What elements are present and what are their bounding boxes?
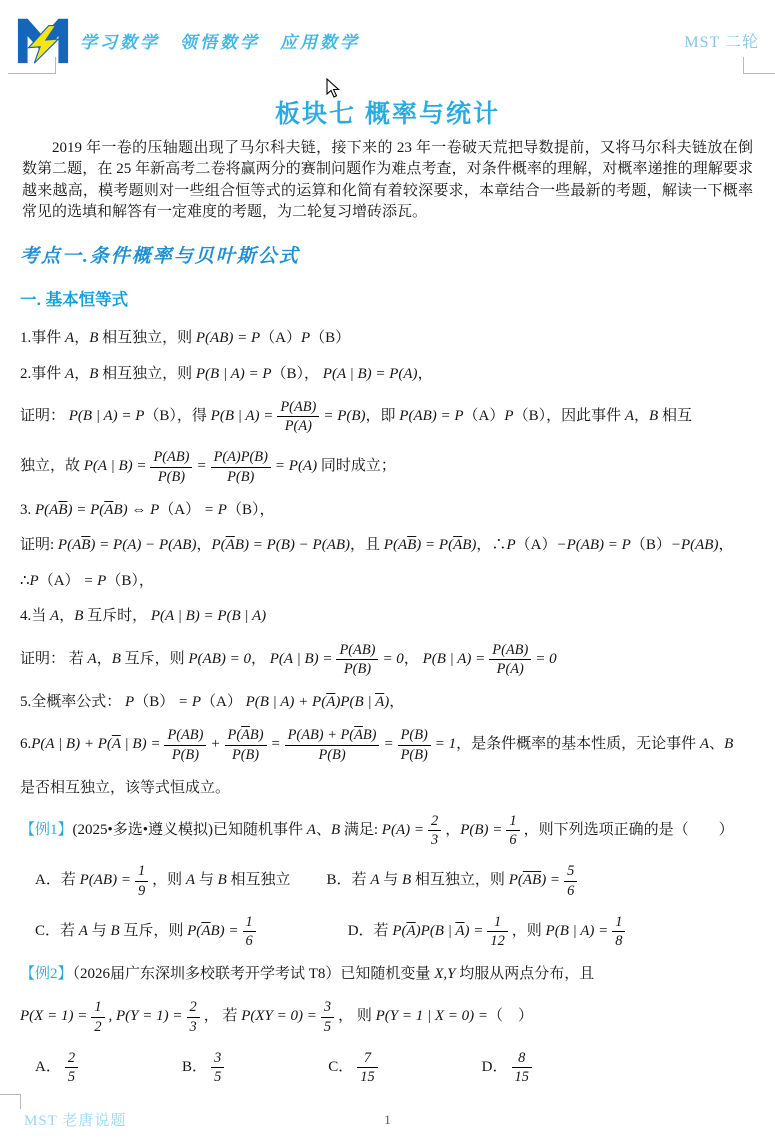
- math-overline: A: [326, 694, 335, 710]
- item-6-cont: 是否相互独立，该等式恒成立。: [20, 777, 755, 800]
- math-run: 15: [515, 1069, 529, 1085]
- math-run: P(B): [158, 469, 185, 485]
- fraction: P(AB)P(B): [164, 727, 206, 762]
- math-run: P(: [509, 873, 523, 889]
- math-run: B): [113, 502, 127, 518]
- math-overline: A: [453, 537, 462, 553]
- math-run: ) = P(: [68, 502, 105, 518]
- math-run: A: [65, 366, 74, 382]
- math-overline: AB: [523, 873, 541, 889]
- item-1: 1.事件 A，B 相互独立，则 P(AB) = P（A）P（B）: [20, 327, 755, 350]
- fraction: 23: [428, 813, 441, 848]
- math-run: = P: [83, 573, 106, 589]
- math-run: 6: [567, 883, 574, 899]
- proof-3a: 证明: P(AB) = P(A) − P(AB)，P(AB) = P(B) − …: [20, 534, 755, 557]
- math-run: P(A)P(B): [214, 449, 268, 465]
- math-run: P(AB): [153, 449, 189, 465]
- fraction: 12: [91, 999, 104, 1034]
- mouse-cursor-icon: [326, 78, 340, 98]
- math-run: 3: [324, 999, 331, 1015]
- example-marker: 【例2】: [20, 966, 73, 982]
- math-run: P(: [228, 727, 242, 743]
- math-run: P(B): [401, 747, 428, 763]
- option-spacer: [260, 934, 348, 935]
- document-lines: 1.事件 A，B 相互独立，则 P(AB) = P（A）P（B）2.事件 A，B…: [0, 310, 775, 1086]
- proof-4: 证明： 若 A，B 互斥，则 P(AB) = 0， P(A | B) =P(AB…: [20, 641, 755, 678]
- math-run: 5: [567, 863, 574, 879]
- math-run: 7: [364, 1050, 371, 1066]
- header-slogan: 学习数学 领悟数学 应用数学: [80, 28, 360, 53]
- fraction: P(A)P(B)P(B): [211, 449, 271, 484]
- section-heading: 考点一.条件概率与贝叶斯公式: [20, 241, 775, 268]
- math-run: X,Y: [434, 966, 455, 982]
- math-run: P(B) =: [460, 822, 502, 838]
- math-run: P: [506, 537, 515, 553]
- math-run: P: [504, 408, 513, 424]
- page-title: 板块七 概率与统计: [0, 94, 775, 130]
- document-page: 学习数学 领悟数学 应用数学 MST 二轮 板块七 概率与统计 2019 年一卷…: [0, 0, 775, 1138]
- math-run: 1: [246, 914, 253, 930]
- math-run: B: [110, 923, 119, 939]
- math-run: −P(AB): [671, 537, 719, 553]
- example-2-math: P(X = 1) =12, P(Y = 1) =23， 若 P(XY = 0) …: [20, 998, 755, 1035]
- math-run: 1: [138, 863, 145, 879]
- math-run: P(AB): [339, 642, 375, 658]
- option-spacer: [82, 1070, 182, 1071]
- math-run: 1: [509, 813, 516, 829]
- fraction: 815: [512, 1050, 532, 1085]
- fraction: 18: [612, 914, 625, 949]
- math-run: 2: [431, 813, 438, 829]
- math-run: 2: [94, 1019, 101, 1035]
- math-run: , P(Y = 1) =: [109, 1009, 183, 1025]
- math-run: 6: [509, 832, 516, 848]
- math-run: 12: [490, 933, 504, 949]
- math-run: +: [210, 737, 220, 753]
- math-run: P: [125, 694, 134, 710]
- math-run: B: [89, 366, 98, 382]
- margin-crop-mark-top-left: [8, 57, 56, 74]
- example-2: 【例2】（2026届广东深圳多校联考开学考试 T8）已知随机变量 X,Y 均服从…: [20, 963, 755, 986]
- math-run: 2: [68, 1050, 75, 1066]
- math-run: )P(B |: [335, 694, 375, 710]
- math-run: P(B): [172, 747, 199, 763]
- math-run: 3: [431, 832, 438, 848]
- fraction: 35: [321, 999, 334, 1034]
- math-run: 1: [494, 914, 501, 930]
- math-run: P: [301, 330, 310, 346]
- math-run: B: [74, 608, 83, 624]
- math-run: P(B | A) + P(: [246, 694, 327, 710]
- fraction: 19: [135, 863, 148, 898]
- math-run: P(A | B) = P(B | A): [151, 608, 266, 624]
- math-run: )P(B |: [416, 923, 456, 939]
- margin-crop-mark-top-right: [743, 57, 775, 74]
- math-run: ) =: [541, 873, 560, 889]
- fraction: P(AB)P(B): [336, 642, 378, 677]
- math-run: P(A): [285, 418, 312, 434]
- math-overline: A: [455, 923, 464, 939]
- math-run: 15: [360, 1069, 374, 1085]
- math-run: 2: [190, 999, 197, 1015]
- math-run: B): [462, 537, 476, 553]
- option-spacer: [291, 884, 327, 885]
- math-run: B: [89, 330, 98, 346]
- math-run: 1: [94, 999, 101, 1015]
- math-run: P(: [187, 923, 201, 939]
- example-1-options-ab: A．若 P(AB) =19，则 A 与 B 相互独立B．若 A 与 B 相互独立…: [20, 862, 755, 899]
- item-4: 4.当 A，B 互斥时， P(A | B) = P(B | A): [20, 605, 755, 628]
- math-run: 8: [518, 1050, 525, 1066]
- fraction: P(AB)P(B): [150, 449, 192, 484]
- math-overline: A: [406, 923, 415, 939]
- example-1-options-cd: C．若 A 与 B 互斥，则 P(AB) =16D．若 P(A)P(B | A)…: [20, 913, 755, 950]
- math-run: P(B): [401, 727, 428, 743]
- math-run: P(Y = 1 | X = 0) =: [376, 1009, 488, 1025]
- math-run: = 1: [435, 737, 456, 753]
- example-2-options: A．25B．35C．715D．815: [20, 1049, 755, 1086]
- math-run: P(A: [58, 537, 81, 553]
- math-run: B) = P(B) − P(AB): [235, 537, 350, 553]
- fraction: 16: [243, 914, 256, 949]
- math-run: 3: [190, 1019, 197, 1035]
- math-run: ): [384, 694, 389, 710]
- fraction: 35: [211, 1050, 224, 1085]
- math-overline: A: [241, 727, 250, 743]
- math-run: 8: [615, 933, 622, 949]
- math-overline: A: [112, 737, 121, 753]
- fraction: P(B)P(B): [398, 727, 431, 762]
- math-run: P(: [211, 537, 225, 553]
- math-run: P(AB): [280, 399, 316, 415]
- proof-2b: 独立，故 P(A | B) =P(AB)P(B)=P(A)P(B)P(B)= P…: [20, 448, 755, 485]
- math-run: = P(B): [323, 408, 365, 424]
- math-run: P(A | B) =: [270, 651, 333, 667]
- math-run: ) = P(A) − P(AB): [90, 537, 196, 553]
- math-run: P(B): [232, 747, 259, 763]
- math-run: = 0: [535, 651, 556, 667]
- math-run: P(B | A) = P: [69, 408, 145, 424]
- math-overline: A: [375, 694, 384, 710]
- math-run: P(A | B) + P(: [31, 737, 112, 753]
- proof-3b: ∴P（A） = P（B），: [20, 570, 755, 593]
- item-5: 5.全概率公式： P（B） = P（A） P(B | A) + P(A)P(B …: [20, 691, 755, 714]
- fraction: 56: [564, 863, 577, 898]
- math-run: P(B | A) =: [546, 923, 609, 939]
- math-run: P(B): [227, 469, 254, 485]
- math-run: B: [402, 873, 411, 889]
- math-run: A: [700, 737, 709, 753]
- math-run: P(A: [384, 537, 407, 553]
- math-run: P: [150, 502, 159, 518]
- fraction: P(AB)P(A): [489, 642, 531, 677]
- math-run: P(B | A) =: [211, 408, 274, 424]
- math-run: B: [112, 651, 121, 667]
- math-run: 3: [214, 1050, 221, 1066]
- math-run: P(B): [318, 747, 345, 763]
- page-header: 学习数学 领悟数学 应用数学 MST 二轮: [0, 0, 775, 70]
- math-run: P(AB): [492, 642, 528, 658]
- math-run: = 0: [382, 651, 403, 667]
- page-number: 1: [0, 1112, 775, 1128]
- fraction: 112: [487, 914, 507, 949]
- math-run: 5: [324, 1019, 331, 1035]
- option-spacer: [382, 1070, 482, 1071]
- math-overline: B: [58, 502, 67, 518]
- item-6: 6.P(A | B) + P(A | B) =P(AB)P(B)+P(AB)P(…: [20, 726, 755, 763]
- math-run: B: [724, 737, 733, 753]
- math-run: =: [271, 737, 281, 753]
- math-run: =: [383, 737, 393, 753]
- fraction: P(AB) + P(AB)P(B): [285, 727, 380, 762]
- math-overline: A: [354, 727, 363, 743]
- math-run: A: [88, 651, 97, 667]
- math-run: = P: [178, 694, 201, 710]
- fraction: P(AB)P(A): [277, 399, 319, 434]
- math-run: ) = P(: [416, 537, 453, 553]
- math-run: P(X = 1) =: [20, 1009, 87, 1025]
- math-run: P: [30, 573, 39, 589]
- intro-paragraph: 2019 年一卷的压轴题出现了马尔科夫链，接下来的 23 年一卷破天荒把导数提前…: [22, 138, 753, 223]
- math-run: A: [370, 873, 379, 889]
- fraction: 25: [65, 1050, 78, 1085]
- proof-2a: 证明： P(B | A) = P（B），得 P(B | A) =P(AB)P(A…: [20, 398, 755, 435]
- margin-crop-mark-bottom-left: [0, 1094, 21, 1109]
- math-overline: A: [226, 537, 235, 553]
- math-run: B): [363, 727, 377, 743]
- math-run: P(A: [35, 502, 58, 518]
- math-run: P(XY = 0) =: [241, 1009, 317, 1025]
- math-run: P(B | A) = P: [196, 366, 272, 382]
- header-edition: MST 二轮: [684, 29, 759, 52]
- math-run: = P(A): [275, 459, 317, 475]
- fraction: 16: [506, 813, 519, 848]
- example-1: 【例1】(2025•多选•遵义模拟)已知随机事件 A、B 满足: P(A) =2…: [20, 812, 755, 849]
- fraction: 23: [187, 999, 200, 1034]
- example-marker: 【例1】: [20, 822, 73, 838]
- math-run: 5: [68, 1069, 75, 1085]
- math-run: P(AB) + P(: [288, 727, 354, 743]
- math-run: P(AB) = 0: [188, 651, 251, 667]
- math-run: =: [196, 459, 206, 475]
- math-run: P(B | A) =: [423, 651, 486, 667]
- item-3: 3. P(AB) = P(AB) ⇔ P（A） = P（B），: [20, 499, 755, 522]
- math-run: 9: [138, 883, 145, 899]
- fraction: P(AB)P(B): [225, 727, 267, 762]
- math-run: A: [65, 330, 74, 346]
- math-run: P(A | B) = P(A): [323, 366, 418, 382]
- math-run: P(AB) = P: [399, 408, 463, 424]
- math-run: 5: [214, 1069, 221, 1085]
- option-spacer: [228, 1070, 328, 1071]
- math-run: A: [50, 608, 59, 624]
- math-run: A: [307, 822, 316, 838]
- math-run: B: [649, 408, 658, 424]
- item-2: 2.事件 A，B 相互独立，则 P(B | A) = P（B）， P(A | B…: [20, 363, 755, 386]
- math-run: P(A) =: [382, 822, 424, 838]
- math-run: A: [79, 923, 88, 939]
- math-run: P(AB): [167, 727, 203, 743]
- math-run: B): [250, 727, 264, 743]
- math-run: A: [186, 873, 195, 889]
- math-run: P(A | B) =: [84, 459, 147, 475]
- math-run: P(AB) =: [80, 873, 131, 889]
- math-run: | B) =: [121, 737, 161, 753]
- fraction: 715: [357, 1050, 377, 1085]
- math-run: B) =: [210, 923, 238, 939]
- math-run: P(B): [344, 661, 371, 677]
- math-run: −P(AB) = P: [556, 537, 630, 553]
- math-run: P(: [392, 923, 406, 939]
- math-run: = P: [204, 502, 227, 518]
- math-run: 1: [615, 914, 622, 930]
- subsection-heading: 一. 基本恒等式: [20, 286, 775, 310]
- math-run: P(A): [497, 661, 524, 677]
- math-run: B: [331, 822, 340, 838]
- math-run: P(AB) = P: [196, 330, 260, 346]
- math-run: A: [625, 408, 634, 424]
- math-run: ) =: [465, 923, 484, 939]
- math-run: 6: [246, 933, 253, 949]
- math-overline: B: [407, 537, 416, 553]
- math-run: B: [218, 873, 227, 889]
